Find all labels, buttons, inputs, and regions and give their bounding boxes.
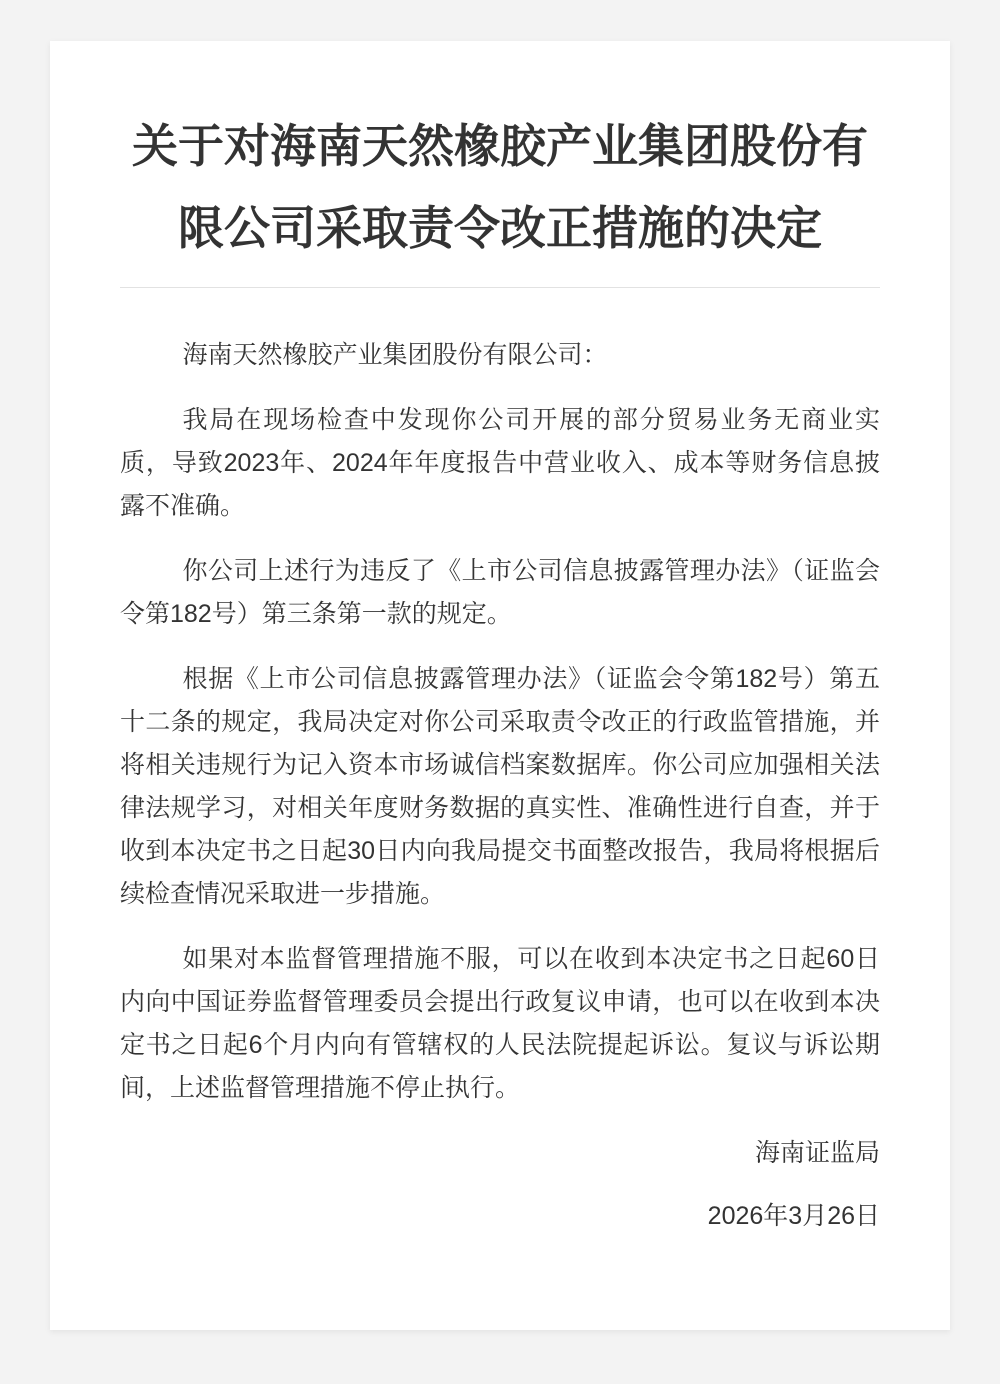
signature-org: 海南证监局: [120, 1132, 880, 1175]
paragraph-4: 如果对本监督管理措施不服，可以在收到本决定书之日起60日内向中国证券监督管理委员…: [120, 938, 880, 1110]
signature-block: 海南证监局 2026年3月26日: [120, 1132, 880, 1238]
salutation: 海南天然橡胶产业集团股份有限公司：: [120, 334, 880, 377]
paragraph-1: 我局在现场检查中发现你公司开展的部分贸易业务无商业实质，导致2023年、2024…: [120, 399, 880, 528]
document-body: 海南天然橡胶产业集团股份有限公司： 我局在现场检查中发现你公司开展的部分贸易业务…: [120, 288, 880, 1238]
paragraph-3: 根据《上市公司信息披露管理办法》（证监会令第182号）第五十二条的规定，我局决定…: [120, 658, 880, 916]
page-background: 关于对海南天然橡胶产业集团股份有限公司采取责令改正措施的决定 海南天然橡胶产业集…: [0, 41, 1000, 1330]
paragraph-2: 你公司上述行为违反了《上市公司信息披露管理办法》（证监会令第182号）第三条第一…: [120, 550, 880, 636]
document-title: 关于对海南天然橡胶产业集团股份有限公司采取责令改正措施的决定: [120, 105, 880, 269]
document-card: 关于对海南天然橡胶产业集团股份有限公司采取责令改正措施的决定 海南天然橡胶产业集…: [50, 41, 950, 1330]
signature-date: 2026年3月26日: [120, 1195, 880, 1238]
